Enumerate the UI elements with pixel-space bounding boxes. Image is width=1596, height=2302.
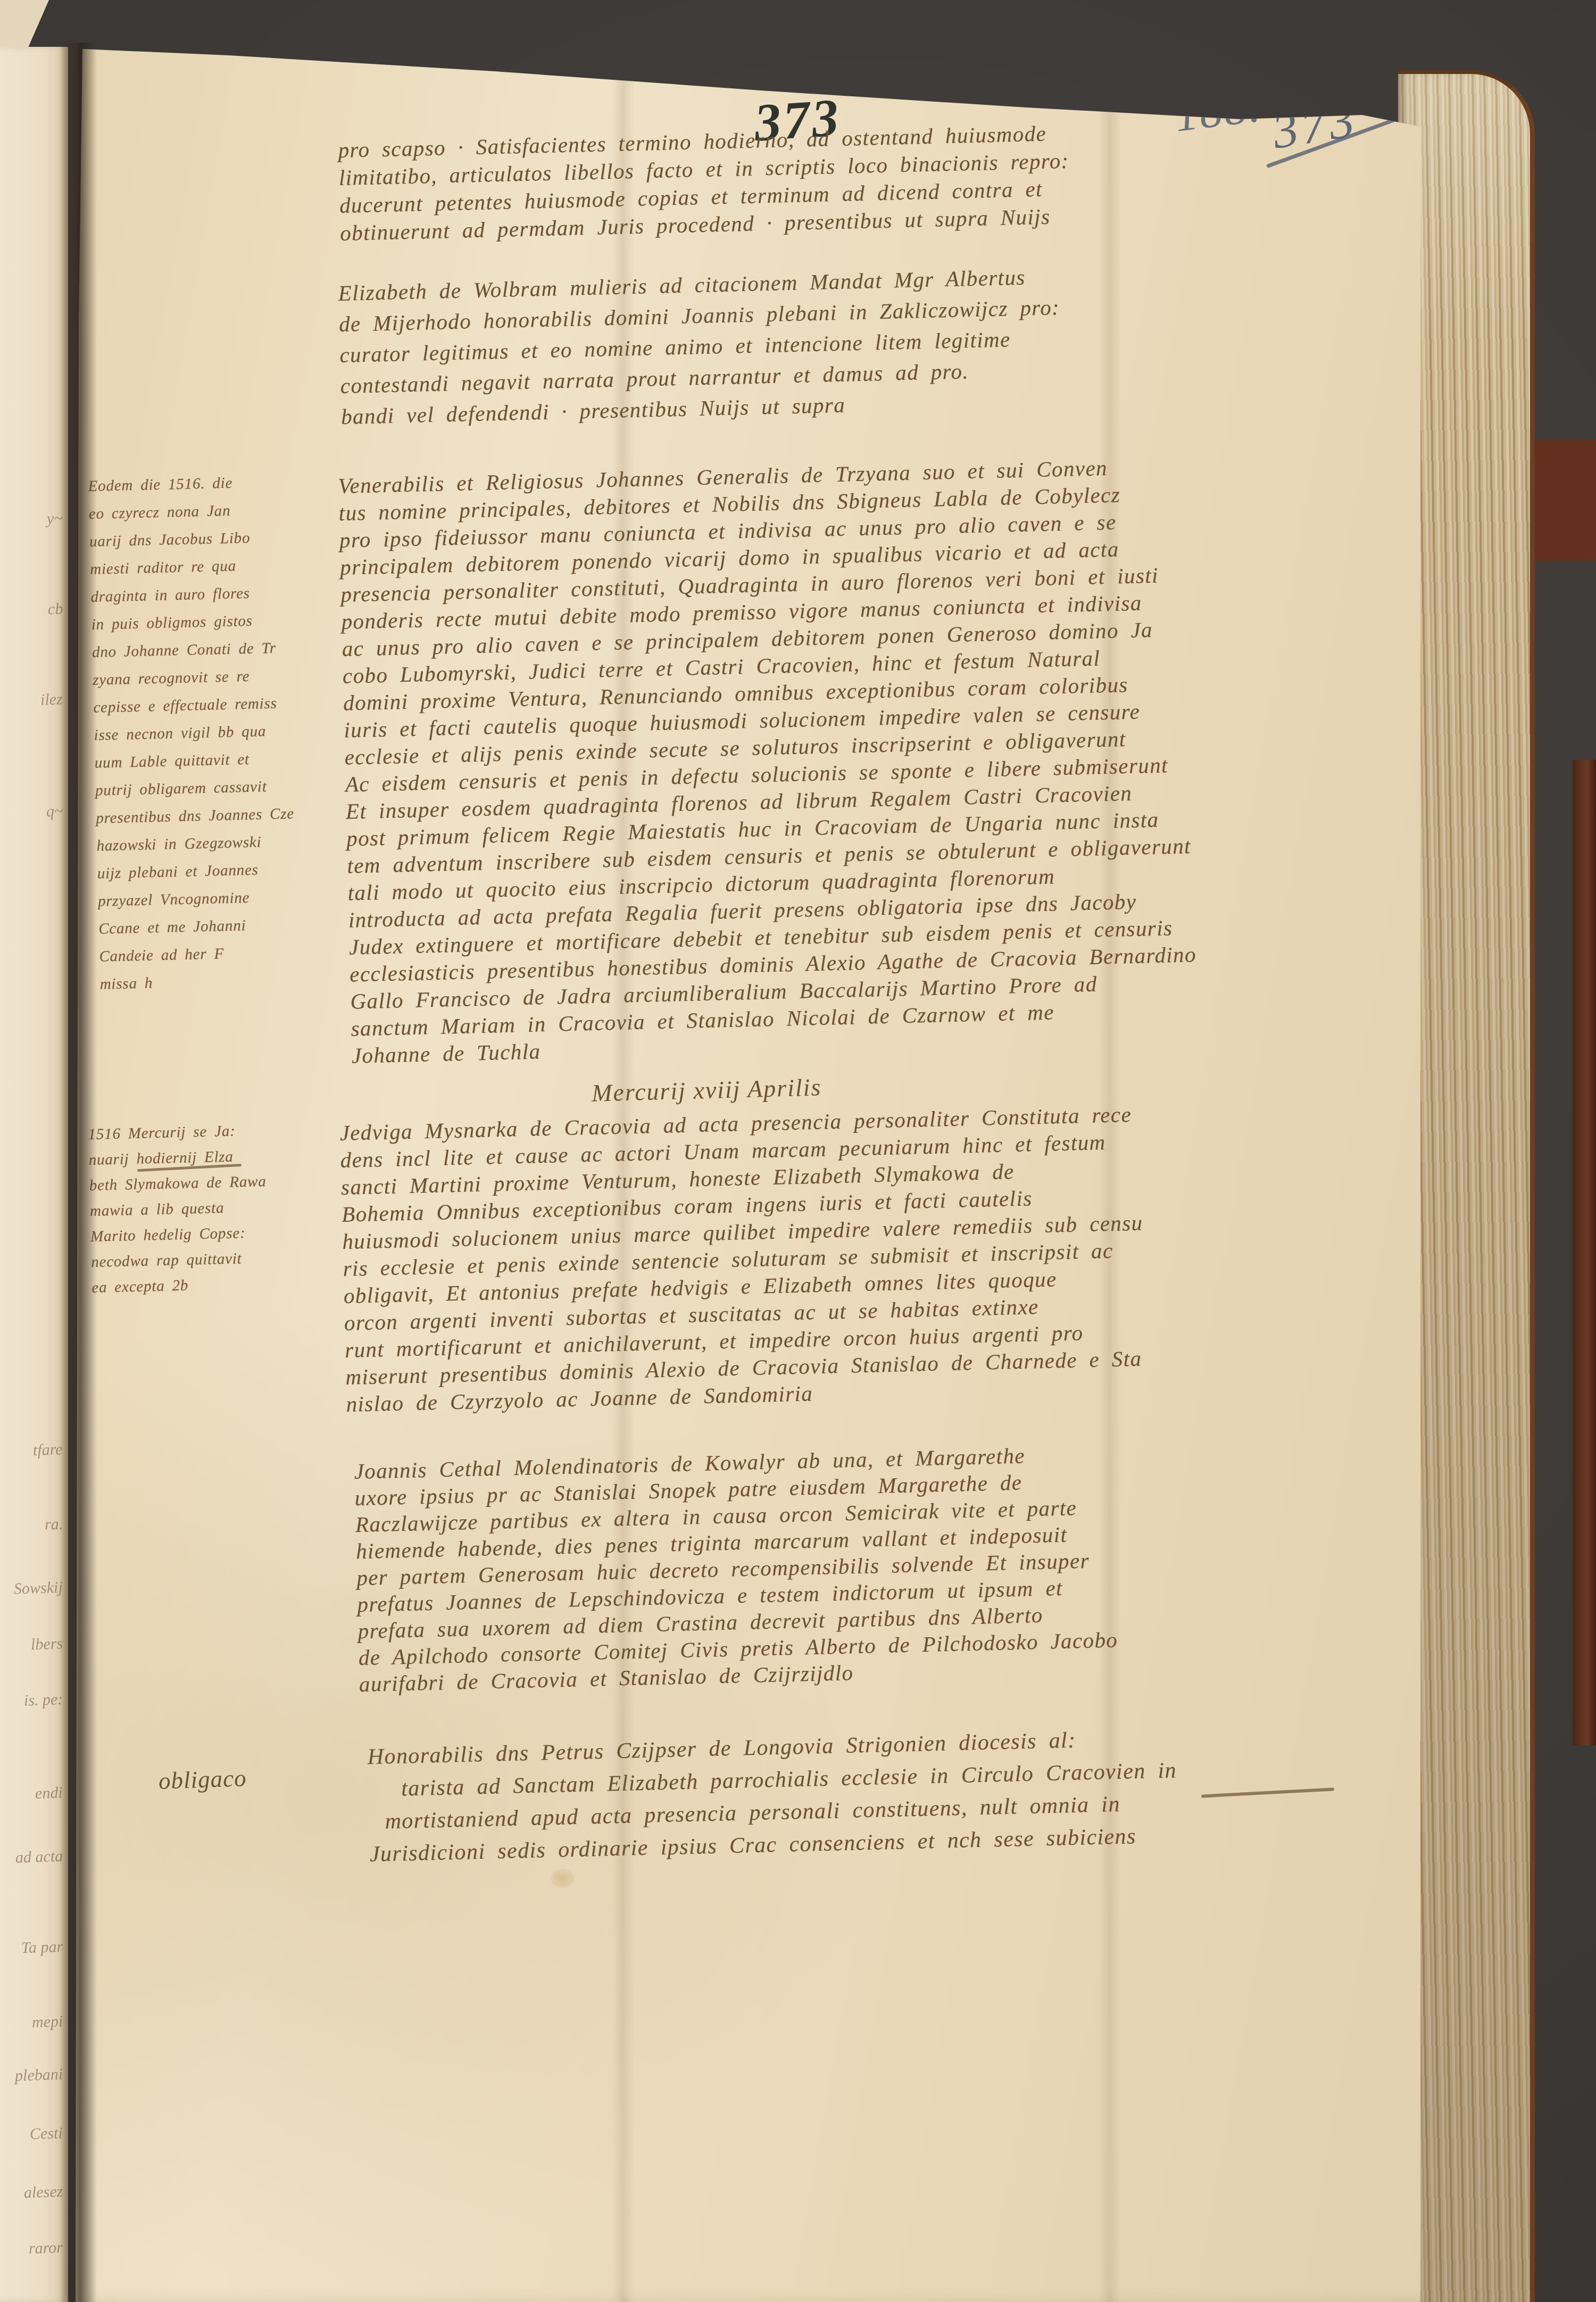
fold-crease bbox=[612, 64, 634, 2302]
text-line: Ta par bbox=[21, 1938, 63, 1958]
text-line: raror bbox=[29, 2239, 63, 2258]
leather-strap-lower bbox=[1573, 760, 1596, 1745]
margin-note-1: Eodem die 1516. dieeo czyrecz nona Janua… bbox=[88, 467, 355, 998]
text-line: endi bbox=[35, 1784, 63, 1803]
previous-page-edge: y~cbilezq~tfarera.Sowskijlbersis. pe:end… bbox=[0, 47, 68, 2302]
entry-record-5: Joannis Cethal Molendinatoris de Kowalyr… bbox=[354, 1440, 1119, 1697]
text-line: missa h bbox=[99, 964, 355, 998]
text-line: lbers bbox=[30, 1635, 63, 1654]
text-line: is. pe: bbox=[23, 1691, 63, 1710]
margin-note-2: 1516 Mercurij se Ja:nuarij hodiernij Elz… bbox=[88, 1116, 347, 1301]
text-line: Sowskij bbox=[14, 1578, 63, 1598]
text-line: mepi bbox=[31, 2013, 63, 2032]
text-line: plebani bbox=[14, 2065, 63, 2085]
margin-label-obligatio: obligaco bbox=[158, 1764, 247, 1795]
manuscript-scan: y~cbilezq~tfarera.Sowskijlbersis. pe:end… bbox=[0, 0, 1596, 2302]
text-line: ea excepta 2b bbox=[92, 1269, 347, 1301]
entry-record-4: Jedviga Mysnarka de Cracovia ad acta pre… bbox=[339, 1101, 1147, 1418]
manuscript-page: 373 188. 373 pro scapso · Satisfacientes… bbox=[69, 0, 1420, 2302]
ink-strikethrough-mark bbox=[1201, 1787, 1334, 1798]
text-line: tfare bbox=[33, 1440, 63, 1460]
entry-record-3: Venerabilis et Religiosus Johannes Gener… bbox=[338, 452, 1199, 1069]
entry-record-6: Honorabilis dns Petrus Czijpser de Longo… bbox=[367, 1722, 1178, 1871]
text-line: ad acta bbox=[15, 1847, 63, 1867]
entry-record-2: Elizabeth de Wolbram mulieris ad citacio… bbox=[338, 261, 1062, 432]
binding-gutter-shadow bbox=[60, 43, 97, 2302]
fold-crease bbox=[1099, 64, 1121, 2302]
text-line: Cesti bbox=[30, 2124, 63, 2143]
text-line: alesez bbox=[23, 2183, 63, 2202]
entry-record-1: pro scapso · Satisfacientes termino hodi… bbox=[338, 119, 1071, 247]
paper-stain bbox=[551, 1869, 574, 1888]
